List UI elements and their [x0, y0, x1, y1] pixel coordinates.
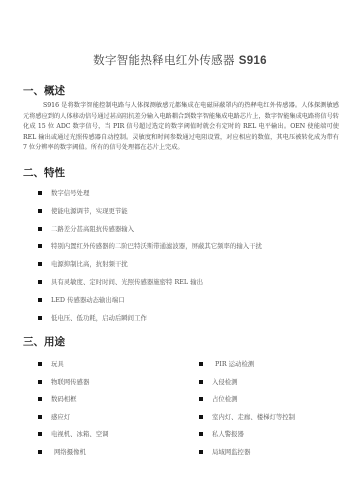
application-item: PIR 运动检测	[199, 359, 254, 368]
bullet-square-icon	[199, 415, 203, 419]
application-item: 局域网监控器	[199, 447, 250, 456]
section-heading-features: 二、特性	[23, 165, 65, 180]
feature-item: 低电压、低功耗，启动后瞬间工作	[38, 313, 147, 322]
bullet-square-icon	[38, 262, 42, 266]
feature-item: 数字信号处理	[38, 188, 89, 197]
bullet-square-icon	[38, 316, 42, 320]
application-item: 物联网传感器	[38, 377, 89, 386]
bullet-square-icon	[38, 380, 42, 384]
section-heading-overview: 一、概述	[23, 83, 65, 98]
feature-item: 特别内置红外传感器的二阶巴特沃斯带通滤波器，屏蔽其它频率的输入干扰	[38, 241, 262, 250]
feature-item: 使能电源调节，实现更节能	[38, 206, 128, 215]
document-title: 数字智能热释电红外传感器S916	[0, 52, 360, 68]
bullet-square-icon	[199, 397, 203, 401]
application-item: 电视机、冰箱、空调	[38, 429, 109, 438]
overview-paragraph: S916 是将数字智能控制电路与人体探测敏感元都集成在电磁屏蔽罩内的热释电红外传…	[23, 101, 339, 154]
bullet-square-icon	[199, 362, 203, 366]
application-item: 入侵检测	[199, 377, 238, 386]
application-item: 玩具	[38, 359, 64, 368]
bullet-square-icon	[199, 432, 203, 436]
feature-item: 二路差分甚高阻抗传感器输入	[38, 224, 134, 233]
application-item: 私人警报器	[199, 429, 244, 438]
application-item: 室内灯、走廊、楼梯灯等控制	[199, 412, 295, 421]
bullet-square-icon	[38, 415, 42, 419]
feature-item: 电源抑制比高，抗射频干扰	[38, 259, 128, 268]
bullet-square-icon	[38, 362, 42, 366]
feature-item: LED 传感器动态输出端口	[38, 295, 125, 304]
bullet-square-icon	[38, 227, 42, 231]
bullet-square-icon	[199, 380, 203, 384]
model-number: S916	[239, 55, 267, 67]
bullet-square-icon	[38, 209, 42, 213]
feature-item: 具有灵敏度、定时时间、光照传感器施密特 REL 输出	[38, 277, 203, 286]
application-item: 数码相框	[38, 394, 77, 403]
section-heading-applications: 三、用途	[23, 334, 65, 349]
bullet-square-icon	[38, 397, 42, 401]
application-item: 占位检测	[199, 394, 238, 403]
overview-text: S916 是将数字智能控制电路与人体探测敏感元都集成在电磁屏蔽罩内的热释电红外传…	[23, 102, 339, 151]
bullet-square-icon	[38, 191, 42, 195]
bullet-square-icon	[38, 432, 42, 436]
application-item: 感应灯	[38, 412, 70, 421]
document-page: 数字智能热释电红外传感器S916 一、概述 S916 是将数字智能控制电路与人体…	[0, 0, 360, 497]
bullet-square-icon	[38, 450, 42, 454]
application-item: 网络摄像机	[38, 447, 86, 456]
bullet-square-icon	[38, 280, 42, 284]
title-text: 数字智能热释电红外传感器	[93, 53, 235, 67]
bullet-square-icon	[38, 298, 42, 302]
bullet-square-icon	[38, 244, 42, 248]
bullet-square-icon	[199, 450, 203, 454]
